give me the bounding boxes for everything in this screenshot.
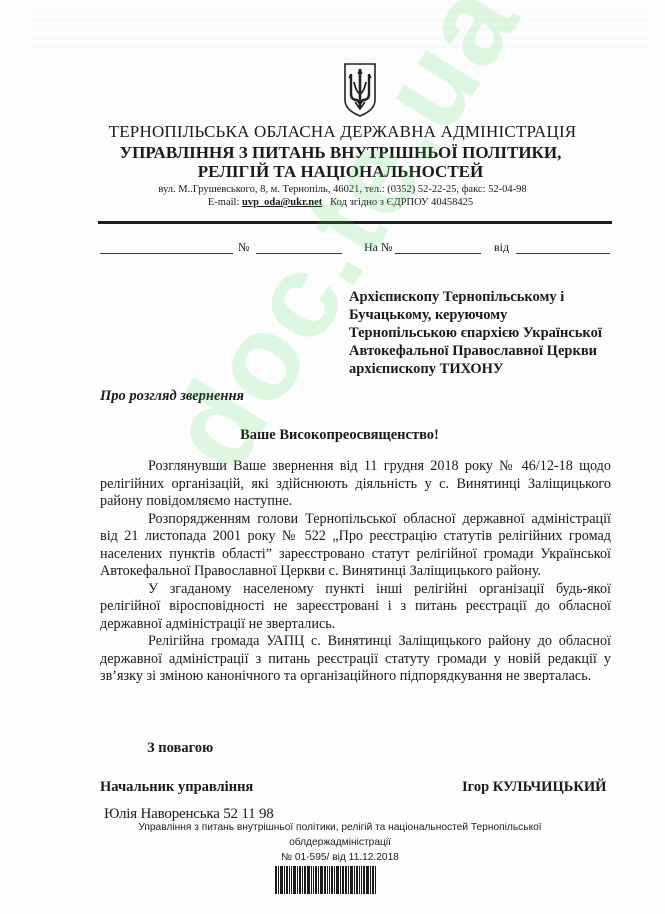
addressee-line: Бучацькому, керуючому (349, 306, 602, 324)
body-paragraph: Релігійна громада УАПЦ с. Винятинці Залі… (100, 633, 611, 686)
in-reply-label: На № (364, 240, 392, 255)
stamp-registration-number: № 01-595/ від 11.12.2018 (110, 850, 570, 865)
edrpou-code: Код згідно з ЄДРПОУ 40458425 (330, 197, 473, 208)
department-name-line2: РЕЛІГІЙ ТА НАЦІОНАЛЬНОСТЕЙ (8, 162, 665, 182)
barcode-icon (275, 866, 387, 894)
letterhead-divider (98, 221, 612, 224)
registration-line: № На № від (0, 238, 665, 258)
salutation: Ваше Високопреосвященство! (0, 427, 665, 444)
organization-name: ТЕРНОПІЛЬСЬКА ОБЛАСНА ДЕРЖАВНА АДМІНІСТР… (10, 122, 665, 142)
stamp-administration: облдержадміністрації (110, 835, 570, 850)
addressee-block: Архієпископу Тернопільському і Бучацьком… (349, 288, 602, 378)
letter-body: Розглянувши Ваше звернення від 11 грудня… (100, 458, 611, 686)
email-label: E-mail: (208, 197, 240, 208)
bleed-through-text (30, 4, 650, 54)
addressee-line: Архієпископу Тернопільському і (349, 288, 602, 306)
body-paragraph: У згаданому населеному пункті інші реліг… (100, 581, 611, 634)
addressee-line: Автокефальної Православної Церкви (349, 342, 602, 360)
letter-subject: Про розгляд звернення (100, 388, 244, 405)
in-reply-date-field (516, 253, 610, 254)
body-paragraph: Розпорядженням голови Тернопільської обл… (100, 511, 611, 581)
addressee-line: архієпископу ТИХОНУ (349, 360, 602, 378)
body-paragraph: Розглянувши Ваше звернення від 11 грудня… (100, 458, 611, 511)
signatory-title: Начальник управління (100, 779, 253, 796)
letter-page: ТЕРНОПІЛЬСЬКА ОБЛАСНА ДЕРЖАВНА АДМІНІСТР… (0, 0, 665, 914)
date-label: від (494, 240, 509, 255)
signatory-name: Ігор КУЛЬЧИЦЬКИЙ (462, 779, 606, 796)
stamp-department: Управління з питань внутрішньої політики… (110, 820, 570, 835)
registry-stamp: Управління з питань внутрішньої політики… (110, 820, 570, 865)
addressee-line: Тернопільською єпархією Української (349, 324, 602, 342)
number-label: № (238, 240, 249, 255)
in-reply-number-field (395, 253, 481, 254)
trident-coat-of-arms-icon (343, 62, 377, 118)
email-link[interactable]: uvp_oda@ukr.net (242, 197, 322, 208)
department-name-line1: УПРАВЛІННЯ З ПИТАНЬ ВНУТРІШНЬОЇ ПОЛІТИКИ… (8, 143, 665, 163)
department-address: вул. М..Грушевського, 8, м. Тернопіль, 4… (10, 184, 665, 195)
closing-phrase: З повагою (147, 740, 213, 757)
contact-line: E-mail: uvp_oda@ukr.net Код згідно з ЄДР… (8, 197, 665, 208)
outgoing-date-field (100, 253, 233, 254)
outgoing-number-field (256, 253, 342, 254)
